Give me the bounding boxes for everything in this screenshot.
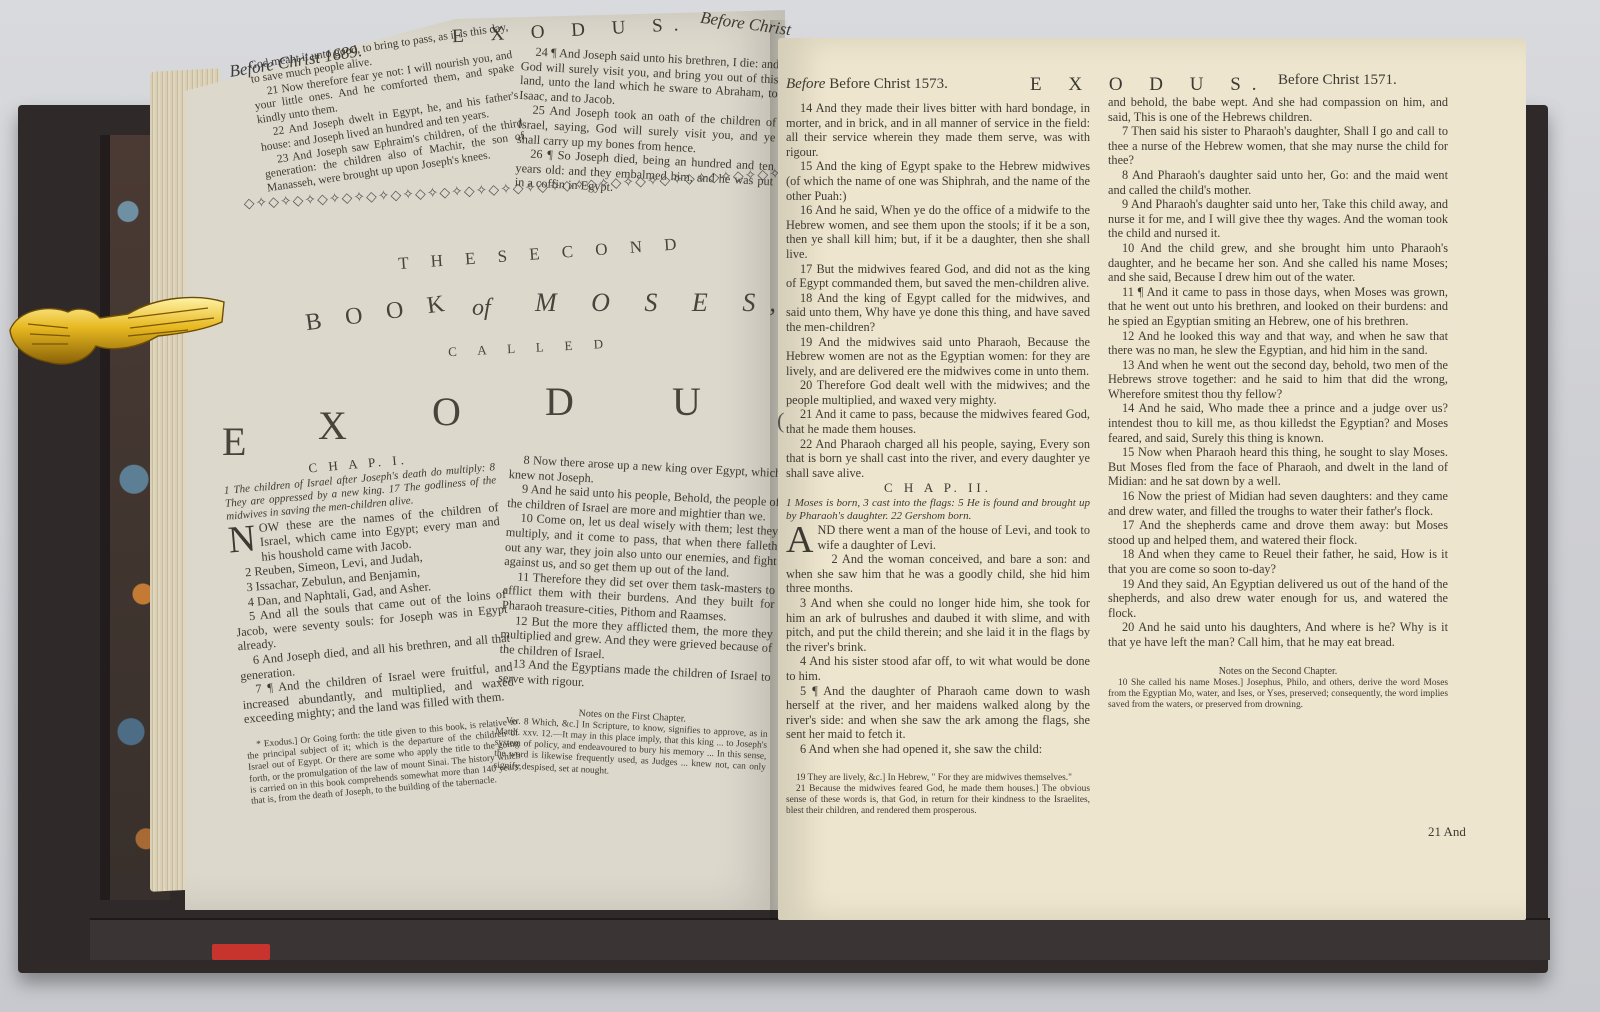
right-running-head-date-right: Before Christ 1571.	[1278, 72, 1397, 89]
gold-hand-clip-icon	[8, 288, 230, 368]
right-running-head-date-left: Before Before Christ 1573.	[786, 76, 948, 93]
right-col2: and behold, the babe wept. And she had c…	[1108, 95, 1448, 711]
right-running-head-title: E X O D U S.	[1030, 74, 1268, 96]
title-letter-x: X	[318, 402, 347, 449]
chapter2-heading: C H A P. II.	[786, 481, 1090, 496]
headband	[212, 944, 270, 960]
title-letter-u: U	[672, 378, 701, 425]
title-letter-e: E	[222, 418, 246, 465]
title-letter-d: D	[545, 378, 574, 425]
dropcap-a: A	[786, 525, 813, 555]
right-col1: 14 And they made their lives bitter with…	[786, 101, 1090, 817]
chapter1-col1: C H A P. I. 1 The children of Israel aft…	[222, 444, 523, 808]
title-moses: M O S E S,	[535, 288, 790, 318]
chapter1-col2: 8 Now there arose up a new king over Egy…	[493, 452, 781, 786]
book-spine-edge	[90, 918, 1550, 960]
dropcap-n: N	[227, 523, 257, 555]
chapter2-summary: 1 Moses is born, 3 cast into the flags: …	[786, 497, 1090, 523]
margin-bracket: (	[777, 408, 784, 434]
title-of: of	[472, 295, 491, 322]
notes-right-col1: 19 They are lively, &c.] In Hebrew, " Fo…	[786, 773, 1090, 818]
notes-first-chapter: Notes on the First Chapter. Ver. 8 Which…	[493, 703, 768, 785]
title-letter-o: O	[432, 388, 461, 435]
catchword: 21 And	[1428, 824, 1466, 840]
notes-second-chapter: Notes on the Second Chapter. 10 She call…	[1108, 666, 1448, 712]
